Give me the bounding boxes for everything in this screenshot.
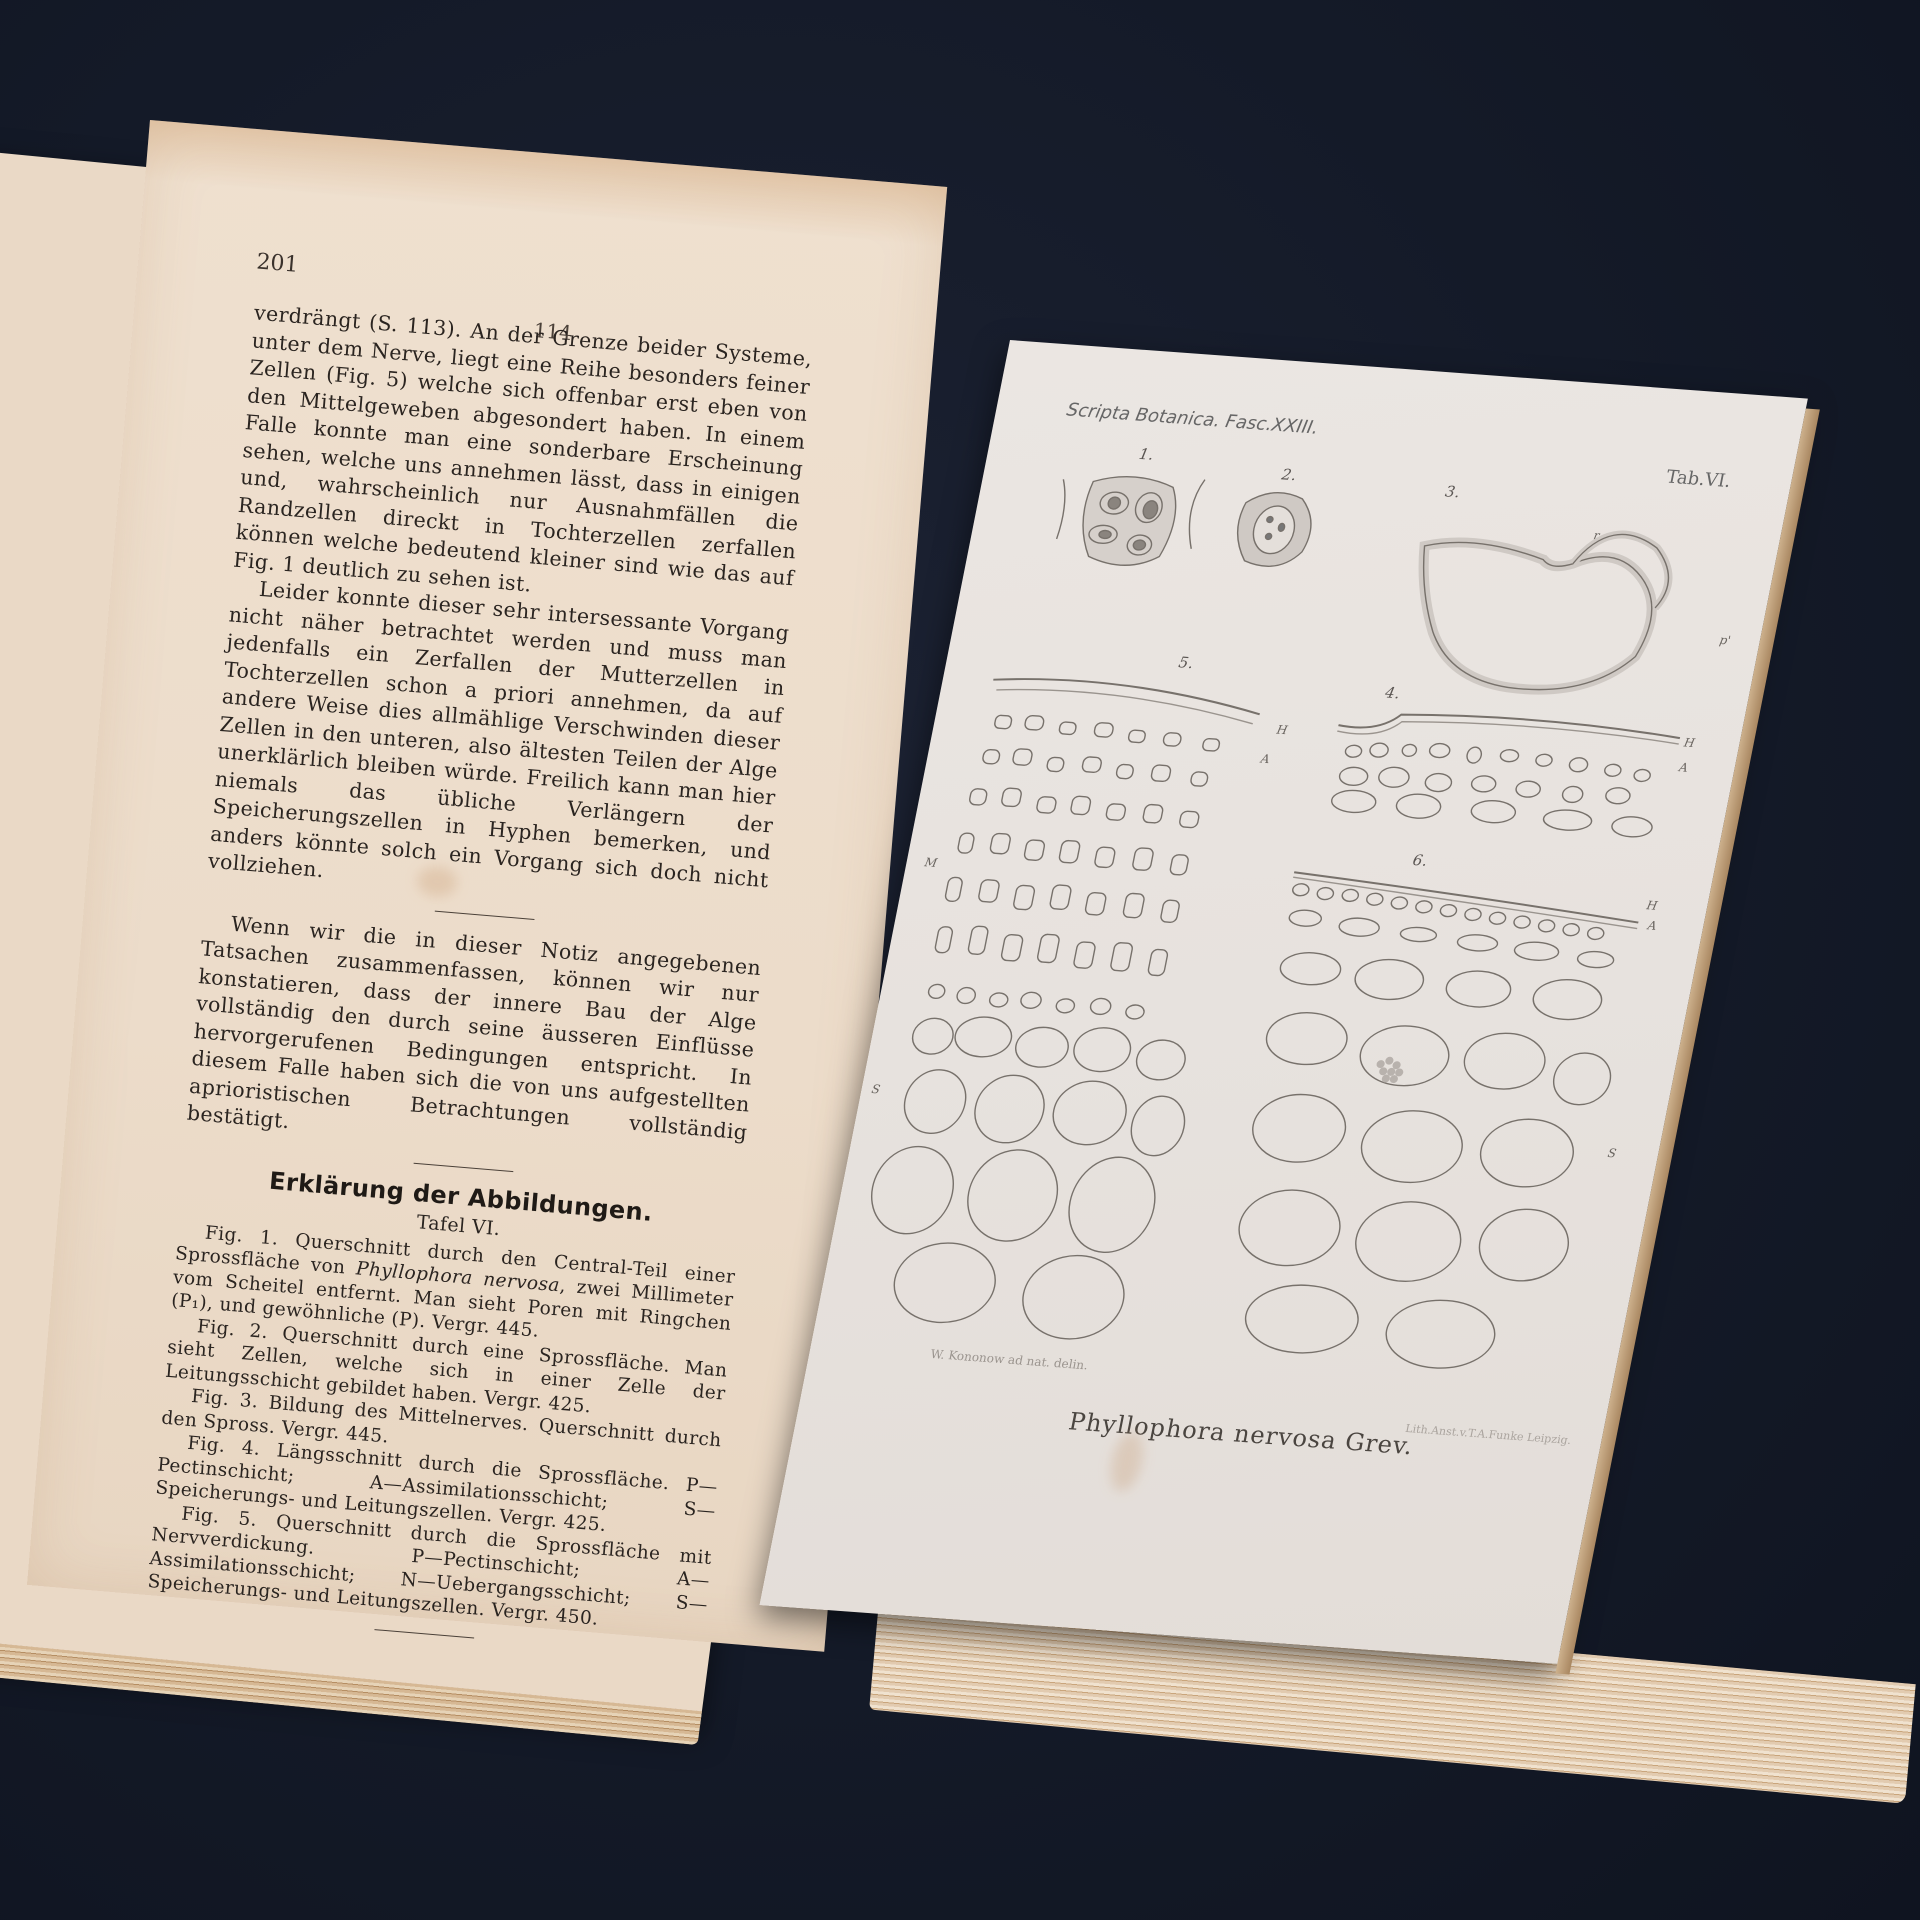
layer-label-p1: p' [1718,633,1732,648]
divider [374,1629,474,1638]
layer-label-S: S [870,1082,881,1096]
figure-3-nerve-cell-drawing [1386,501,1702,709]
figure-4-longitudinal-section-drawing [1321,695,1684,838]
printer-credit: Lith.Anst.v.T.A.Funke Leipzig. [1404,1422,1572,1447]
figure-6-cross-section-drawing [1192,867,1649,1388]
layer-label-A: A [1647,918,1658,932]
plate-number: Tab.VI. [1664,467,1732,492]
figure-1-cell-drawing [1046,460,1227,580]
divider [435,910,535,919]
figure-label: 3. [1444,482,1462,501]
photo-scene: 201 114 verdrängt (S. 113). An der Grenz… [0,0,1920,1920]
figure-label: 5. [1177,653,1195,672]
layer-label-H: H [1683,736,1696,751]
layer-label-H: H [1276,723,1289,738]
figure-label: 6. [1411,851,1429,870]
figure-5-cross-section-drawing [849,663,1275,1327]
paragraph: Leider konnte dieser sehr intersessante … [207,573,790,921]
plate-series-title: Scripta Botanica. Fasc.XXIII. [1065,399,1320,438]
page-number: 201 [255,249,299,277]
layer-label-S: S [1607,1146,1618,1160]
foxing-stain [1106,1431,1148,1492]
divider [414,1162,514,1171]
figure-legend: Fig. 1. Querschnitt durch den Central-Te… [147,1219,736,1641]
paragraph: verdrängt (S. 113). An der Grenze beider… [232,299,813,620]
layer-label-A: A [1678,760,1689,774]
figure-2-cell-drawing [1217,482,1334,578]
paragraph: Wenn wir die in dieser Notiz angegebenen… [186,908,762,1174]
figure-label: 1. [1137,445,1155,464]
body-text: verdrängt (S. 113). An der Grenze beider… [144,299,813,1673]
figure-label: 2. [1280,465,1298,484]
artist-credit: W. Kononow ad nat. delin. [929,1347,1089,1372]
